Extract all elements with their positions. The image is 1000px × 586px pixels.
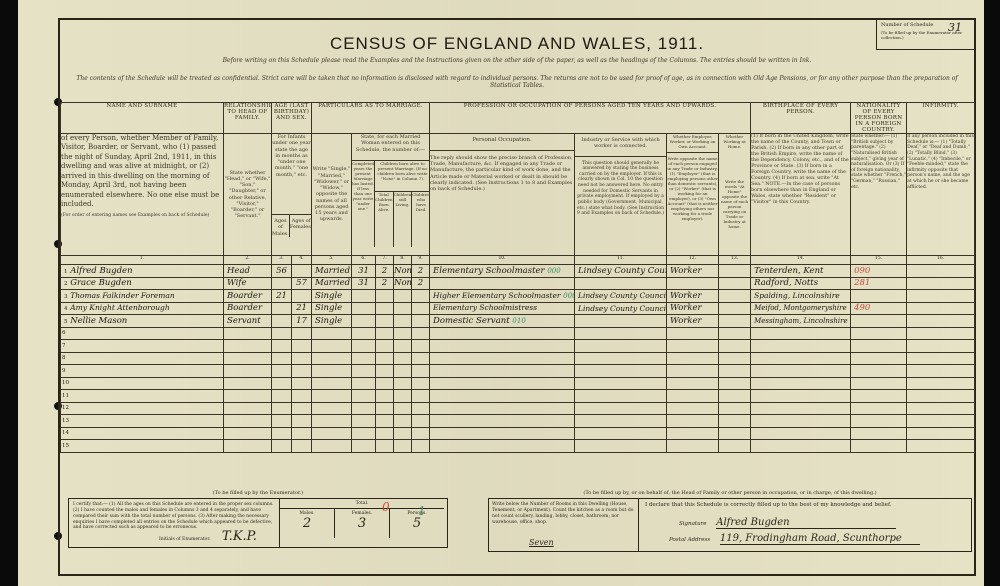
years-married: 31 [352,277,376,290]
age-male: 56 [272,265,292,278]
relationship: Servant [224,315,272,328]
head-of-family-section: (To be filled up by, or on behalf of, th… [488,490,972,552]
declaration-text: I declare that this Schedule is correctl… [645,502,892,508]
signature-value: Alfred Bugden [716,517,896,529]
age-female: 17 [292,315,312,328]
certification-text: I certify that:— (1) All the ages on thi… [73,502,278,531]
birthplace: Tenterden, Kent [751,265,851,278]
nationality-instructions: State whether:— (1) "British subject by … [851,134,907,256]
condition-instructions: Write "Single," "Married," "Widower," or… [312,134,352,256]
schedule-number-box: Number of Schedule (To be filled up by t… [876,20,974,50]
years-married [352,290,376,303]
occupation: Higher Elementary Schoolmaster 000 [430,290,575,303]
table-row-empty: 9 [61,365,975,378]
marital-condition: Single [312,290,352,303]
form-title: CENSUS OF ENGLAND AND WALES, 1911. [60,34,974,54]
person-name: 5 Nellie Mason [61,315,224,328]
working-at-home [719,302,751,315]
name-instructions: of every Person, whether Member of Famil… [61,134,224,256]
postal-address-field: Postal Address 119, Frodingham Road, Scu… [669,533,920,545]
confidentiality-note: The contents of the Schedule will be tre… [70,75,964,89]
head-caption: (To be filled up by, or on behalf of, th… [488,490,972,496]
header-marriage: PARTICULARS as to MARRIAGE. [312,103,430,134]
infirmity [907,290,975,303]
header-relationship: RELATIONSHIP to Head of Family. [224,103,272,134]
years-married [352,302,376,315]
infirmity [907,302,975,315]
married-women-instructions: State, for each Married Woman entered on… [352,134,430,256]
age-male [272,277,292,290]
total-persons: 5 [390,516,444,538]
working-at-home-instructions: Whether Working at Home. Write the words… [719,134,751,256]
years-married: 31 [352,265,376,278]
children-born [376,302,394,315]
enumerator-caption: (To be filled up by the Enumerator.) [68,490,448,496]
occupation: Domestic Servant 010 [430,315,575,328]
column-numbers-row: 1. 2. 3. 4. 5. 6. 7. 8. 9. 10. 11. 12. 1… [61,256,975,265]
infirmity [907,277,975,290]
industry [575,315,667,328]
person-name: 1 Alfred Bugden [61,265,224,278]
birthplace: Radford, Notts [751,277,851,290]
person-name: 2 Grace Bugden [61,277,224,290]
person-name: 4 Amy Knight Attenborough [61,302,224,315]
table-row-empty: 15 [61,440,975,453]
table-row-empty: 12 [61,402,975,415]
birthplace: Spalding, Lincolnshire [751,290,851,303]
age-instructions: For Infants under one year state the age… [272,134,312,256]
declaration-box: Write below the Number of Rooms in this … [488,498,972,552]
children-born [376,315,394,328]
person-name: 3 Thomas Falkinder Foreman [61,290,224,303]
infirmity-instructions: If any person included in this Schedule … [907,134,975,256]
table-row: 4 Amy Knight Attenborough Boarder 21 Sin… [61,302,975,315]
table-row: 3 Thomas Falkinder Foreman Boarder 21 Si… [61,290,975,303]
total-males: 2 [280,516,335,538]
enumerator-box: I certify that:— (1) All the ages on thi… [68,498,448,548]
birthplace-code: 281 [851,277,907,290]
relationship: Head [224,265,272,278]
age-female [292,265,312,278]
personal-occupation-instructions: Personal Occupation. The reply should sh… [430,134,575,256]
table-row: 5 Nellie Mason Servant 17 Single Domesti… [61,315,975,328]
children-living: None [394,277,412,290]
children-born [376,290,394,303]
age-male: 21 [272,290,292,303]
rooms-box: Write below the Number of Rooms in this … [489,499,639,551]
birthplace-code [851,290,907,303]
marital-condition: Single [312,302,352,315]
header-occupation: PROFESSION or OCCUPATION of Persons aged… [430,103,751,134]
infirmity [907,315,975,328]
enumerator-initials: T.K.P. [222,529,257,544]
employment-status: Worker [667,290,719,303]
form-frame: CENSUS OF ENGLAND AND WALES, 1911. Befor… [58,18,976,576]
children-died: 2 [412,277,430,290]
table-row: 1 Alfred Bugden Head 56 Married 31 2 Non… [61,265,975,278]
relationship: Boarder [224,290,272,303]
total-females: 3 [335,516,390,538]
industry-instructions: Industry or Service with which worker is… [575,134,667,256]
table-row-empty: 11 [61,390,975,403]
marital-condition: Married [312,277,352,290]
relationship: Boarder [224,302,272,315]
signature-field: Signature Alfred Bugden [679,517,896,529]
birthplace-instructions: (1) If born in the United Kingdom, write… [751,134,851,256]
header-nationality: NATIONALITY of every Person born in a Fo… [851,103,907,134]
postal-address-value: 119, Frodingham Road, Scunthorpe [720,533,920,545]
children-born: 2 [376,265,394,278]
birthplace-code: 090 [851,265,907,278]
employment-status [667,277,719,290]
occupation [430,277,575,290]
employment-status: Worker [667,302,719,315]
employment-status: Worker [667,315,719,328]
age-male [272,315,292,328]
working-at-home [719,265,751,278]
occupation: Elementary Schoolmistress [430,302,575,315]
header-infirmity: INFIRMITY. [907,103,975,134]
children-died: 2 [412,265,430,278]
working-at-home [719,290,751,303]
children-living [394,302,412,315]
age-female [292,290,312,303]
working-at-home [719,277,751,290]
relationship: Wife [224,277,272,290]
children-living [394,290,412,303]
table-row-empty: 13 [61,415,975,428]
industry: Lindsey County Council [575,290,667,303]
census-schedule-page: CENSUS OF ENGLAND AND WALES, 1911. Befor… [18,0,984,586]
enumerator-initials-field: Initials of Enumerator. T.K.P. [159,529,257,544]
household-table: NAME AND SURNAME RELATIONSHIP to Head of… [60,102,975,453]
relationship-instructions: State whether "Head," or "Wife," "Son," … [224,134,272,256]
table-row-empty: 6 [61,327,975,340]
children-born: 2 [376,277,394,290]
industry: Lindsey County Council [575,302,667,315]
number-of-rooms: Seven [529,538,554,548]
header-name: NAME AND SURNAME [61,103,224,134]
children-died [412,290,430,303]
employment-status: Worker [667,265,719,278]
age-female: 21 [292,302,312,315]
schedule-number: 31 [948,21,962,34]
birthplace-code: 490 [851,302,907,315]
instruction-line: Before writing on this Schedule please r… [70,57,964,64]
header-birthplace: BIRTHPLACE of every person. [751,103,851,134]
birthplace: Messingham, Lincolnshire [751,315,851,328]
table-row-empty: 10 [61,377,975,390]
table-row: 2 Grace Bugden Wife 57 Married 31 2 None… [61,277,975,290]
marital-condition: Single [312,315,352,328]
occupation: Elementary Schoolmaster 000 [430,265,575,278]
children-living [394,315,412,328]
marital-condition: Married [312,265,352,278]
years-married [352,315,376,328]
age-female: 57 [292,277,312,290]
table-row-empty: 8 [61,352,975,365]
table-row-empty: 7 [61,340,975,353]
table-row-empty: 14 [61,427,975,440]
enumerator-section: (To be filled up by the Enumerator.) I c… [68,490,448,548]
header-age: AGE (last Birthday) and SEX. [272,103,312,134]
children-living: None [394,265,412,278]
employment-status-instructions: Whether Employer, Worker, or Working on … [667,134,719,256]
infirmity [907,265,975,278]
birthplace: Meifod, Montgomeryshire [751,302,851,315]
red-tally-mark: 0 [382,500,390,514]
age-male [272,302,292,315]
children-died [412,315,430,328]
working-at-home [719,315,751,328]
industry: Lindsey County Council [575,265,667,278]
green-tally-mark: 1 [418,504,426,518]
industry [575,277,667,290]
children-died [412,302,430,315]
birthplace-code [851,315,907,328]
